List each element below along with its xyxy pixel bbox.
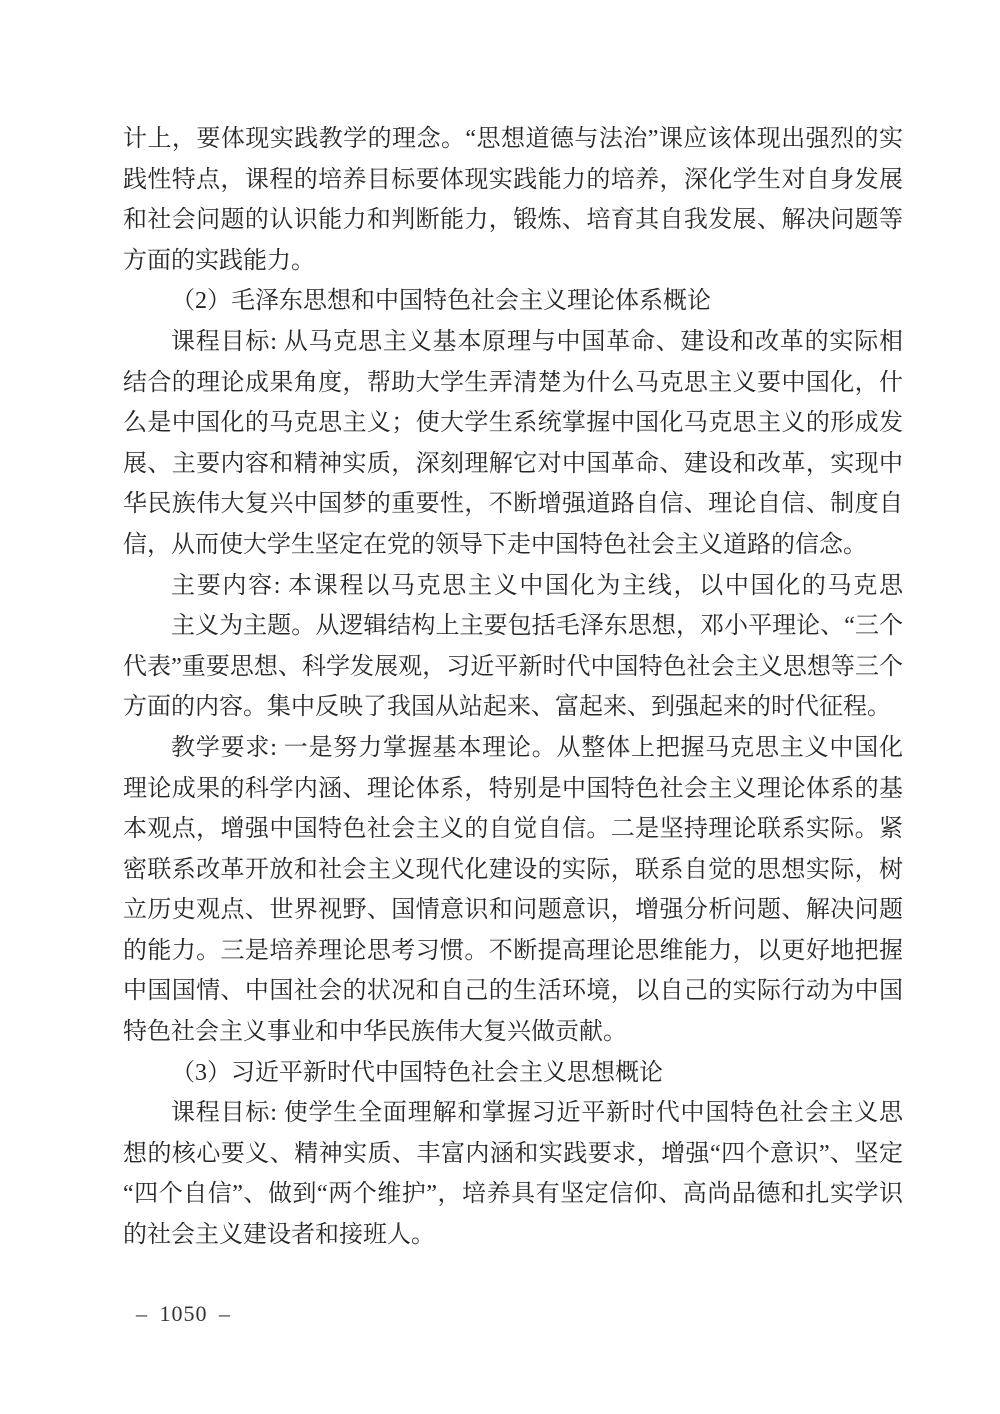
paragraph-course-goal-section-2: 课程目标: 从马克思主义基本原理与中国革命、建设和改革的实际相结合的理论成果角度… xyxy=(123,322,903,566)
document-page: 计上，要体现实践教学的理念。“思想道德与法治”课应该体现出强烈的实践性特点，课程… xyxy=(0,0,1000,1414)
heading-section-3-xi-thought: （3）习近平新时代中国特色社会主义思想概论 xyxy=(123,1053,903,1094)
paragraph-main-content-continuation: 主义为主题。从逻辑结构上主要包括毛泽东思想，邓小平理论、“三个代表”重要思想、科… xyxy=(123,606,903,728)
paragraph-main-content-first-line: 主要内容: 本课程以马克思主义中国化为主线，以中国化的马克思 xyxy=(123,566,903,607)
page-number: – 1050 – xyxy=(136,1301,231,1327)
paragraph-teaching-requirements: 教学要求: 一是努力掌握基本理论。从整体上把握马克思主义中国化理论成果的科学内涵… xyxy=(123,728,903,1053)
document-text: 计上，要体现实践教学的理念。“思想道德与法治”课应该体现出强烈的实践性特点，课程… xyxy=(123,119,903,1256)
paragraph-course-goal-section-3: 课程目标: 使学生全面理解和掌握习近平新时代中国特色社会主义思想的核心要义、精神… xyxy=(123,1093,903,1255)
heading-section-2-mao-theory: （2）毛泽东思想和中国特色社会主义理论体系概论 xyxy=(123,281,903,322)
paragraph-practice-ability: 计上，要体现实践教学的理念。“思想道德与法治”课应该体现出强烈的实践性特点，课程… xyxy=(123,119,903,281)
